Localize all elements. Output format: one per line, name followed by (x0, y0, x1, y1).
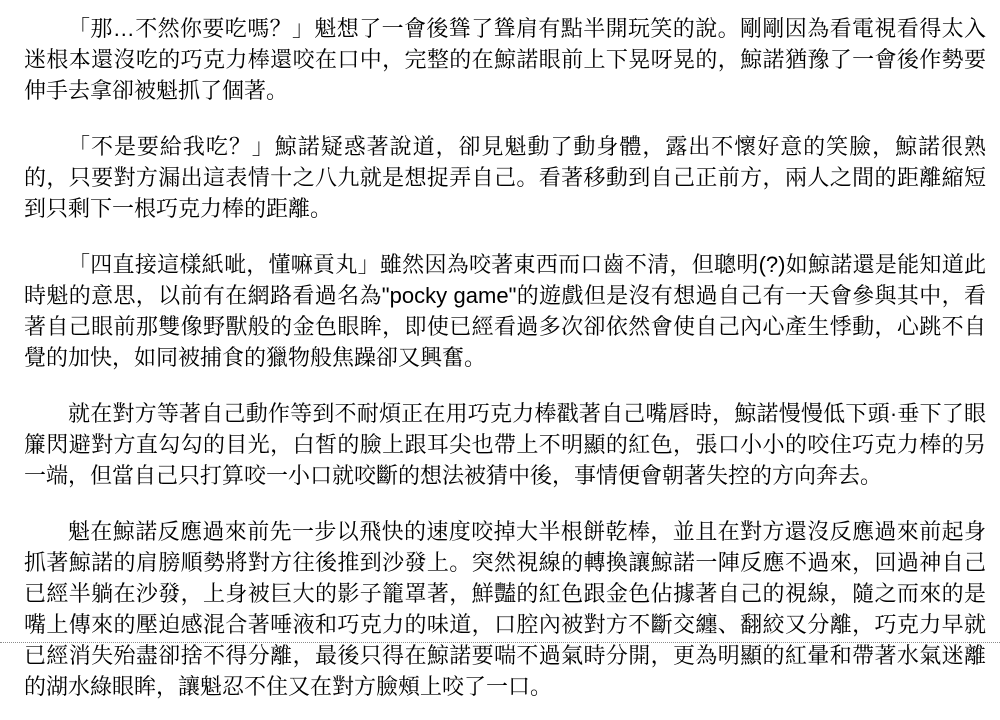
paragraph-3: 「四直接這樣紙呲，懂嘛貢丸」雖然因為咬著東西而口齒不清，但聰明(?)如鯨諾還是能… (24, 249, 986, 373)
paragraph-2: 「不是要給我吃？」鯨諾疑惑著說道，卻見魁動了動身體，露出不懷好意的笑臉，鯨諾很熟… (24, 131, 986, 224)
paragraph-5: 魁在鯨諾反應過來前先一步以飛快的速度咬掉大半根餅乾棒，並且在對方還沒反應過來前起… (24, 516, 986, 702)
paragraph-1: 「那…不然你要吃嗎？」魁想了一會後聳了聳肩有點半開玩笑的說。剛剛因為看電視看得太… (24, 13, 986, 106)
paragraph-4: 就在對方等著自己動作等到不耐煩正在用巧克力棒戳著自己嘴唇時，鯨諾慢慢低下頭·垂下… (24, 398, 986, 491)
page-break-divider (0, 642, 1000, 643)
document-text-area: 「那…不然你要吃嗎？」魁想了一會後聳了聳肩有點半開玩笑的說。剛剛因為看電視看得太… (0, 0, 1000, 702)
